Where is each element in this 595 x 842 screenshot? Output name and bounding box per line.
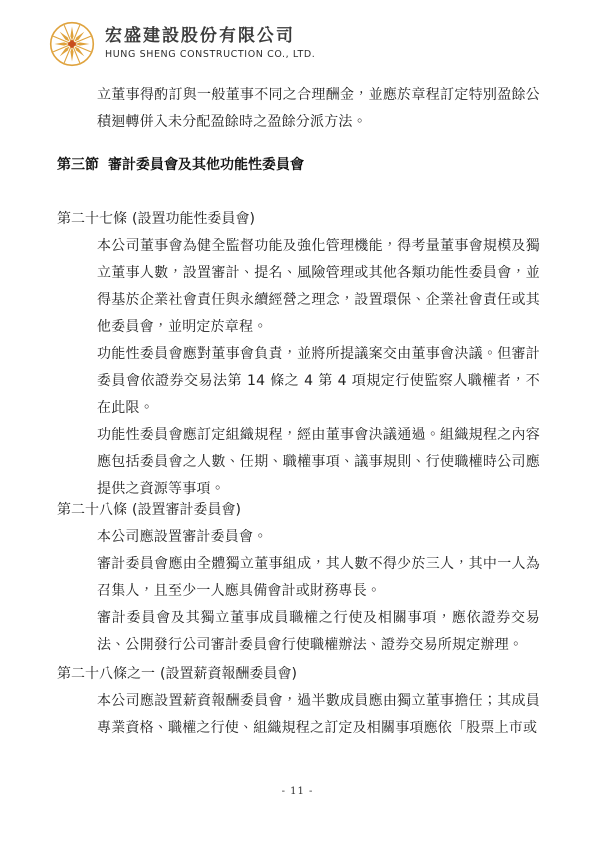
paragraph-text: 立董事得酌訂與一般董事不同之合理酬金，並應於章程訂定特別盈餘公積迴轉併入未分配盈… [97,82,540,136]
article-28-1: 第二十八條之一(設置薪資報酬委員會) 本公司應設置薪資報酬委員會，過半數成員應由… [57,661,540,742]
paragraph-text: 功能性委員會應對董事會負責，並將所提議案交由董事會決議。但審計委員會依證券交易法… [97,341,540,422]
document-page: 宏盛建設股份有限公司 HUNG SHENG CONSTRUCTION CO., … [0,0,595,842]
company-name-block: 宏盛建設股份有限公司 HUNG SHENG CONSTRUCTION CO., … [105,20,315,61]
article-number: 第二十八條 [57,502,127,518]
article-body: 本公司董事會為健全監督功能及強化管理機能，得考量董事會規模及獨立董事人數，設置審… [97,233,540,503]
paragraph-text: 本公司應設置審計委員會。 [97,524,540,551]
paragraph-text: 功能性委員會應訂定組織規程，經由董事會決議通過。組織規程之內容應包括委員會之人數… [97,422,540,503]
article-heading: 第二十七條(設置功能性委員會) [57,206,540,233]
article-title: (設置功能性委員會) [132,211,255,227]
page-header: 宏盛建設股份有限公司 HUNG SHENG CONSTRUCTION CO., … [47,20,315,68]
article-number: 第二十七條 [57,211,127,227]
paragraph-text: 審計委員會及其獨立董事成員職權之行使及相關事項，應依證券交易法、公開發行公司審計… [97,605,540,659]
continuation-paragraph: 立董事得酌訂與一般董事不同之合理酬金，並應於章程訂定特別盈餘公積迴轉併入未分配盈… [97,82,540,136]
article-title: (設置薪資報酬委員會) [160,666,297,682]
company-logo-icon [47,20,97,68]
company-name-zh: 宏盛建設股份有限公司 [105,26,315,46]
article-body: 本公司應設置審計委員會。 審計委員會應由全體獨立董事組成，其人數不得少於三人，其… [97,524,540,659]
paragraph-text: 審計委員會應由全體獨立董事組成，其人數不得少於三人，其中一人為召集人，且至少一人… [97,551,540,605]
section-title: 審計委員會及其他功能性委員會 [108,157,304,173]
paragraph-text: 本公司應設置薪資報酬委員會，過半數成員應由獨立董事擔任；其成員專業資格、職權之行… [97,688,540,742]
section-number: 第三節 [57,157,99,173]
paragraph-text: 本公司董事會為健全監督功能及強化管理機能，得考量董事會規模及獨立董事人數，設置審… [97,233,540,341]
article-27: 第二十七條(設置功能性委員會) 本公司董事會為健全監督功能及強化管理機能，得考量… [57,206,540,503]
article-heading: 第二十八條(設置審計委員會) [57,497,540,524]
article-body: 本公司應設置薪資報酬委員會，過半數成員應由獨立董事擔任；其成員專業資格、職權之行… [97,688,540,742]
page-number: - 11 - [0,786,595,797]
section-heading: 第三節審計委員會及其他功能性委員會 [57,152,304,179]
article-heading: 第二十八條之一(設置薪資報酬委員會) [57,661,540,688]
article-number: 第二十八條之一 [57,666,155,682]
article-28: 第二十八條(設置審計委員會) 本公司應設置審計委員會。 審計委員會應由全體獨立董… [57,497,540,659]
company-name-en: HUNG SHENG CONSTRUCTION CO., LTD. [105,49,315,61]
article-title: (設置審計委員會) [132,502,241,518]
